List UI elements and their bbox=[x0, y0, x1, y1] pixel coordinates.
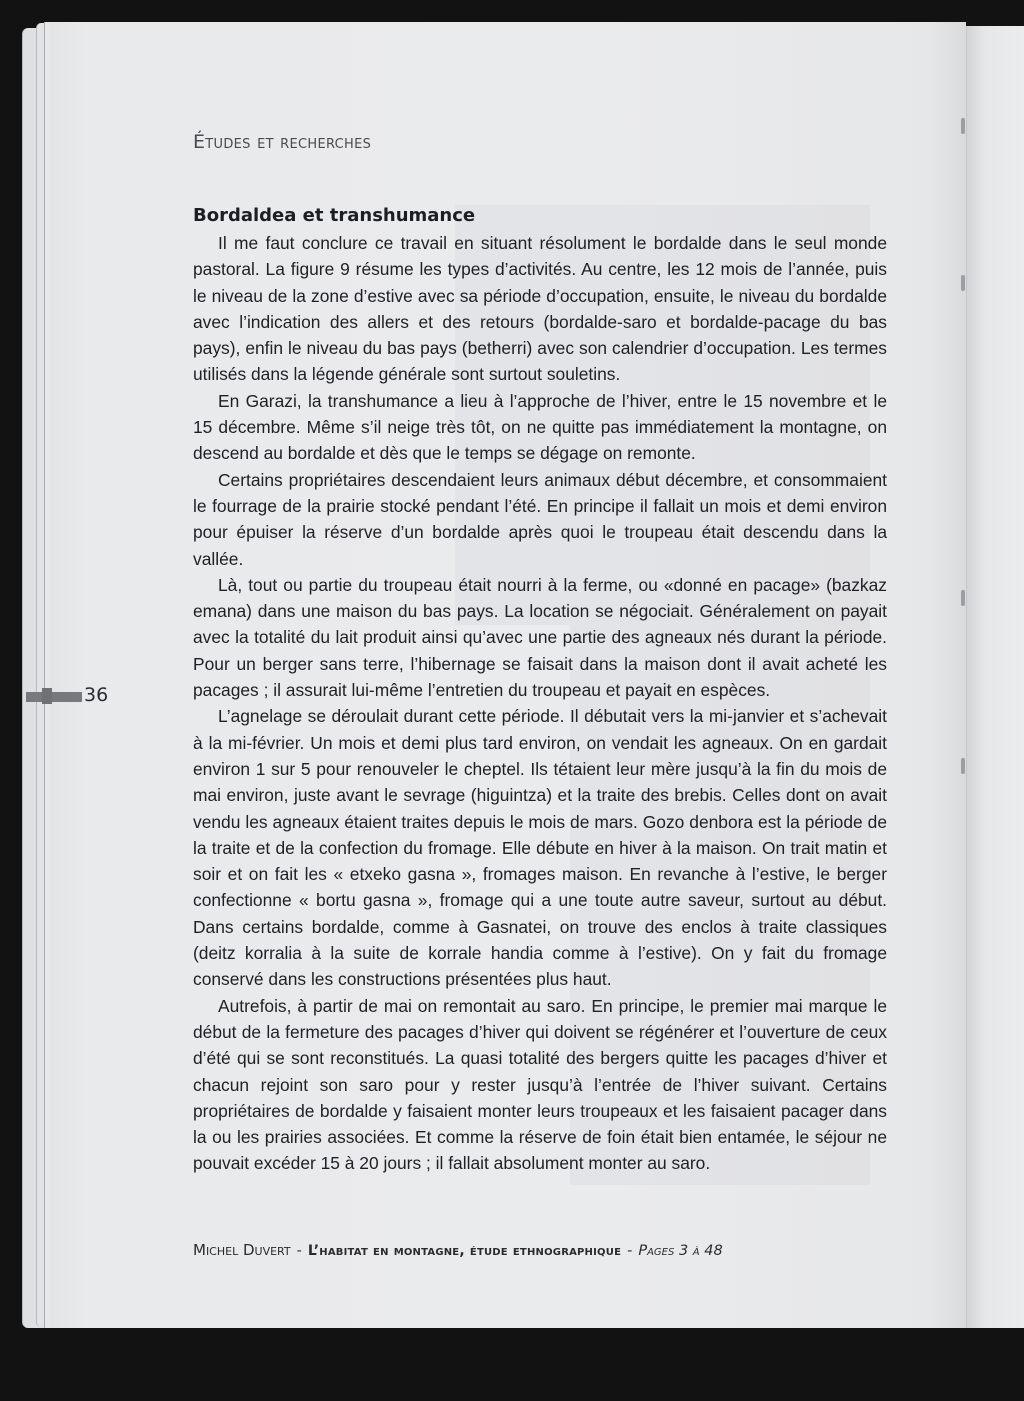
paragraph: Là, tout ou partie du troupeau était nou… bbox=[193, 572, 887, 703]
page-number: 36 bbox=[84, 684, 108, 706]
footer-separator: - bbox=[627, 1243, 632, 1259]
running-head: Études et recherches bbox=[193, 131, 371, 153]
footer-author: Michel Duvert bbox=[193, 1241, 291, 1259]
paragraph: Il me faut conclure ce travail en situan… bbox=[193, 230, 887, 388]
paragraph: L’agnelage se déroulait durant cette pér… bbox=[193, 703, 887, 992]
body-text: Il me faut conclure ce travail en situan… bbox=[193, 230, 887, 1177]
paragraph: Certains propriétaires descendaient leur… bbox=[193, 467, 887, 572]
footer-separator: - bbox=[297, 1243, 302, 1259]
page-number-tab bbox=[26, 692, 82, 702]
binding-staple bbox=[961, 275, 965, 291]
footer: Michel Duvert-L’habitat en montagne, étu… bbox=[193, 1241, 723, 1259]
section-title: Bordaldea et transhumance bbox=[193, 205, 475, 226]
footer-title: L’habitat en montagne, étude ethnographi… bbox=[308, 1243, 621, 1259]
page-number-tab bbox=[42, 688, 52, 704]
paragraph: En Garazi, la transhumance a lieu à l’ap… bbox=[193, 388, 887, 467]
facing-page-edge bbox=[966, 26, 1024, 1328]
binding-staple bbox=[961, 590, 965, 606]
footer-pages: Pages 3 à 48 bbox=[638, 1243, 722, 1259]
binding-staple bbox=[961, 758, 965, 774]
paragraph: Autrefois, à partir de mai on remontait … bbox=[193, 993, 887, 1177]
binding-staple bbox=[961, 118, 965, 134]
